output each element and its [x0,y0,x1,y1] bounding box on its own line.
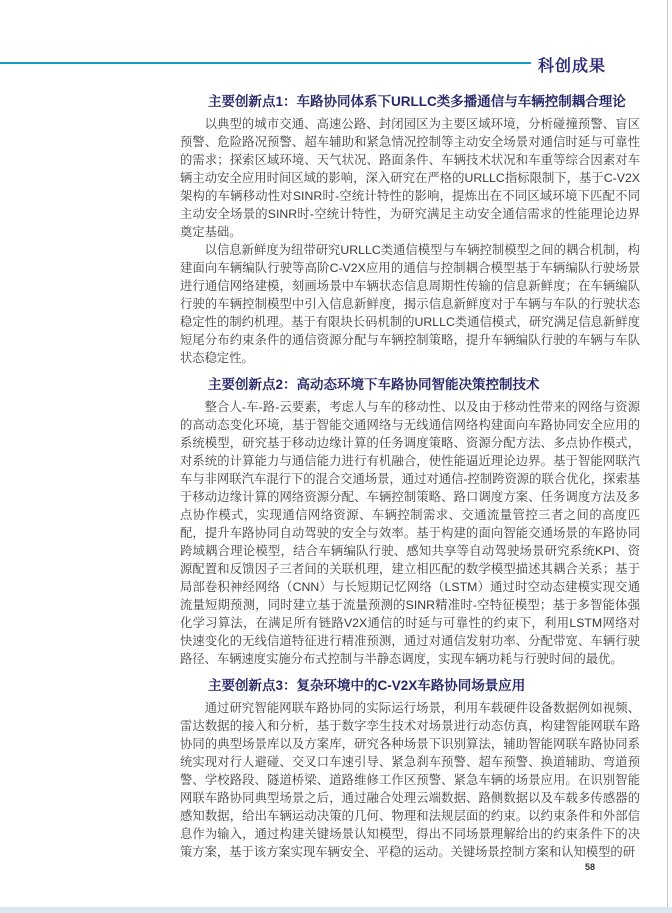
section-heading-innovation-2: 主要创新点2：高动态环境下车路协同智能决策控制技术 [180,375,640,395]
page-edge-bottom-band [0,907,672,913]
section-heading-innovation-3: 主要创新点3：复杂环境中的C-V2X车路协同场景应用 [180,676,640,696]
document-body: 主要创新点1：车路协同体系下URLLC类多播通信与车辆控制耦合理论 以典型的城市… [180,92,640,861]
page-section-title: 科创成果 [538,53,606,76]
document-page: 科创成果 主要创新点1：车路协同体系下URLLC类多播通信与车辆控制耦合理论 以… [0,0,672,913]
header-rule-line [0,62,531,64]
page-edge-right-line [667,0,668,907]
section-heading-innovation-1: 主要创新点1：车路协同体系下URLLC类多播通信与车辆控制耦合理论 [180,92,640,112]
paragraph: 通过研究智能网联车路协同的实际运行场景，利用车载硬件设备数据例如视频、雷达数据的… [180,699,640,861]
paragraph: 以典型的城市交通、高速公路、封闭园区为主要区域环境，分析碰撞预警、盲区预警、危险… [180,115,640,241]
paragraph: 以信息新鲜度为纽带研究URLLC类通信模型与车辆控制模型之间的耦合机制，构建面向… [180,241,640,367]
page-number: 58 [585,862,595,872]
paragraph: 整合人-车-路-云要素，考虑人与车的移动性、以及由于移动性带来的网络与资源的高动… [180,398,640,668]
